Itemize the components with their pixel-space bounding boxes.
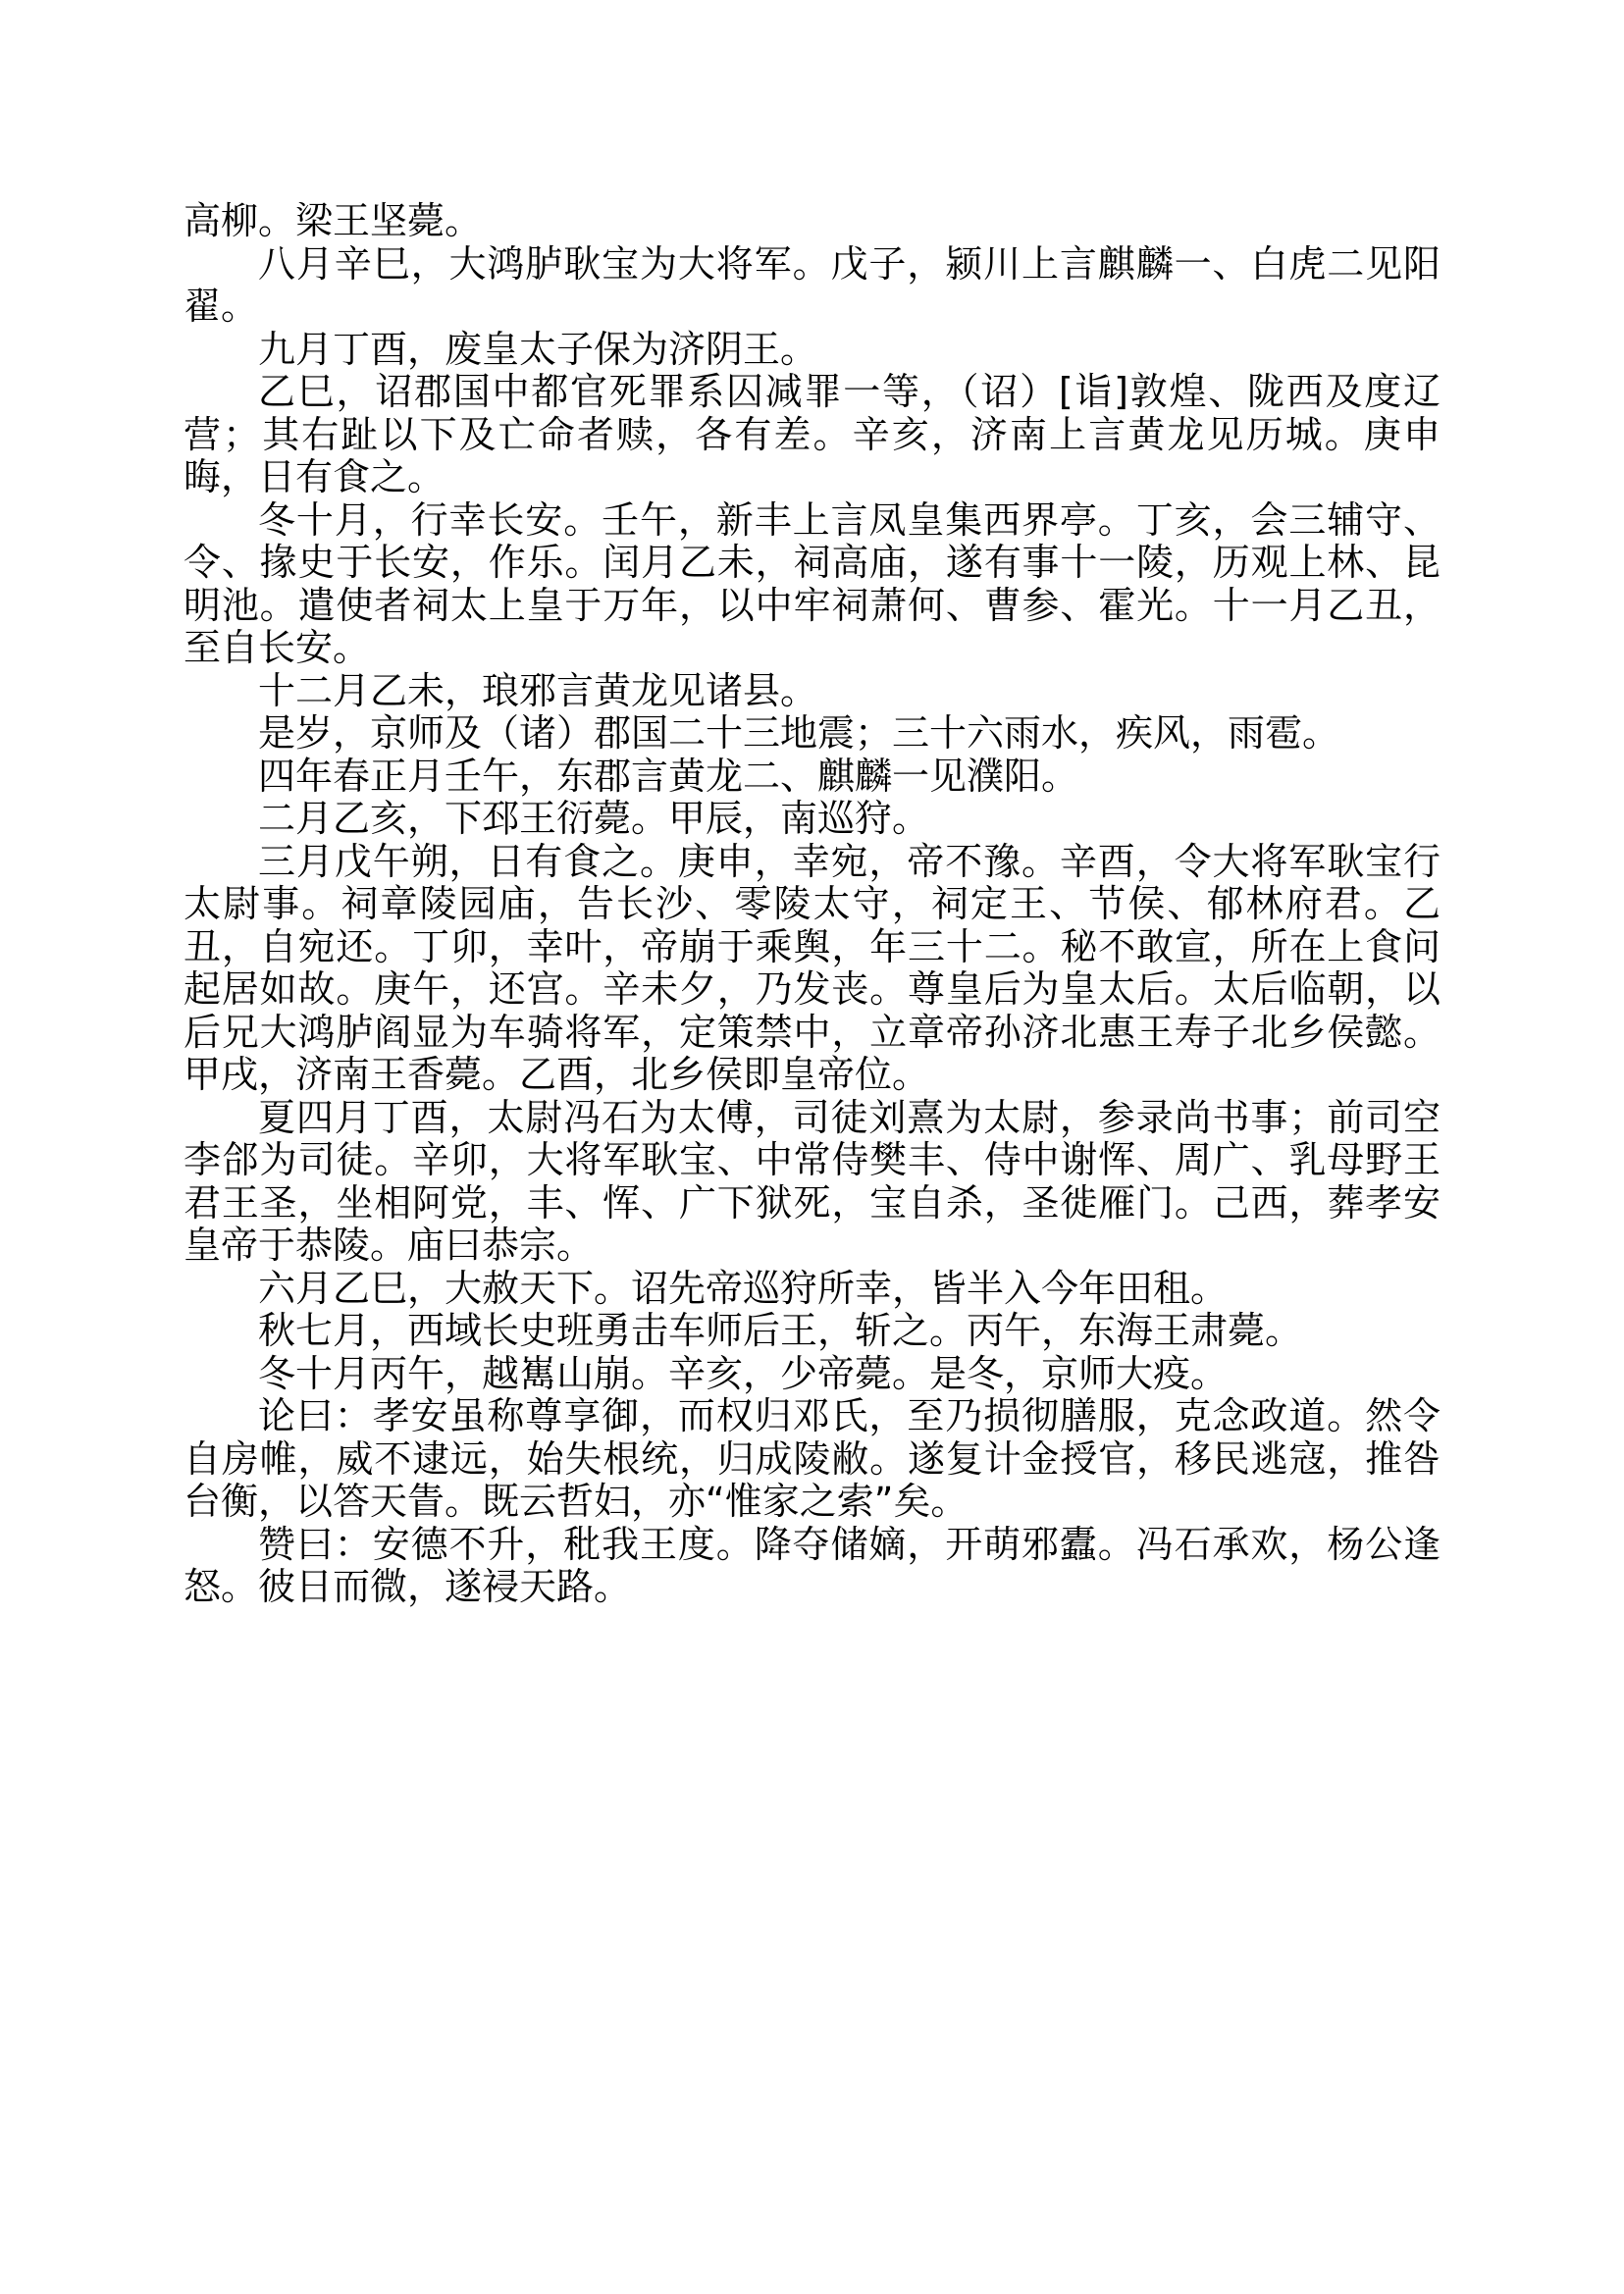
paragraph: 四年春正月壬午，东郡言黄龙二、麒麟一见濮阳。 bbox=[183, 756, 1441, 799]
paragraph: 赞曰：安德不升，秕我王度。降夺储嫡，开萌邪蠹。冯石承欢，杨公逢怒。彼日而微，遂祲… bbox=[183, 1524, 1441, 1609]
text-block: 高柳。梁王坚薨。八月辛巳，大鸿胪耿宝为大将军。戊子，颍川上言麒麟一、白虎二见阳翟… bbox=[183, 200, 1441, 1609]
paragraph: 冬十月丙午，越嶲山崩。辛亥，少帝薨。是冬，京师大疫。 bbox=[183, 1353, 1441, 1396]
paragraph: 高柳。梁王坚薨。 bbox=[183, 200, 1441, 243]
paragraph: 二月乙亥，下邳王衍薨。甲辰，南巡狩。 bbox=[183, 798, 1441, 841]
paragraph: 秋七月，西域长史班勇击车师后王，斩之。丙午，东海王肃薨。 bbox=[183, 1310, 1441, 1353]
paragraph: 十二月乙未，琅邪言黄龙见诸县。 bbox=[183, 670, 1441, 713]
paragraph: 乙巳，诏郡国中都官死罪系囚减罪一等，（诏）[诣]敦煌、陇西及度辽营；其右趾以下及… bbox=[183, 371, 1441, 499]
paragraph: 八月辛巳，大鸿胪耿宝为大将军。戊子，颍川上言麒麟一、白虎二见阳翟。 bbox=[183, 243, 1441, 329]
paragraph: 夏四月丁酉，太尉冯石为太傅，司徒刘熹为太尉，参录尚书事；前司空李郃为司徒。辛卯，… bbox=[183, 1097, 1441, 1268]
paragraph: 九月丁酉，废皇太子保为济阴王。 bbox=[183, 329, 1441, 372]
paragraph: 六月乙巳，大赦天下。诏先帝巡狩所幸，皆半入今年田租。 bbox=[183, 1268, 1441, 1311]
paragraph: 三月戊午朔，日有食之。庚申，幸宛，帝不豫。辛酉，令大将军耿宝行太尉事。祠章陵园庙… bbox=[183, 841, 1441, 1097]
paragraph: 冬十月，行幸长安。壬午，新丰上言凤皇集西界亭。丁亥，会三辅守、令、掾史于长安，作… bbox=[183, 499, 1441, 670]
document-page: 高柳。梁王坚薨。八月辛巳，大鸿胪耿宝为大将军。戊子，颍川上言麒麟一、白虎二见阳翟… bbox=[0, 0, 1624, 2294]
paragraph: 是岁，京师及（诸）郡国二十三地震；三十六雨水，疾风，雨雹。 bbox=[183, 712, 1441, 756]
paragraph: 论曰：孝安虽称尊享御，而权归邓氏，至乃损彻膳服，克念政道。然令自房帷，威不逮远，… bbox=[183, 1395, 1441, 1524]
